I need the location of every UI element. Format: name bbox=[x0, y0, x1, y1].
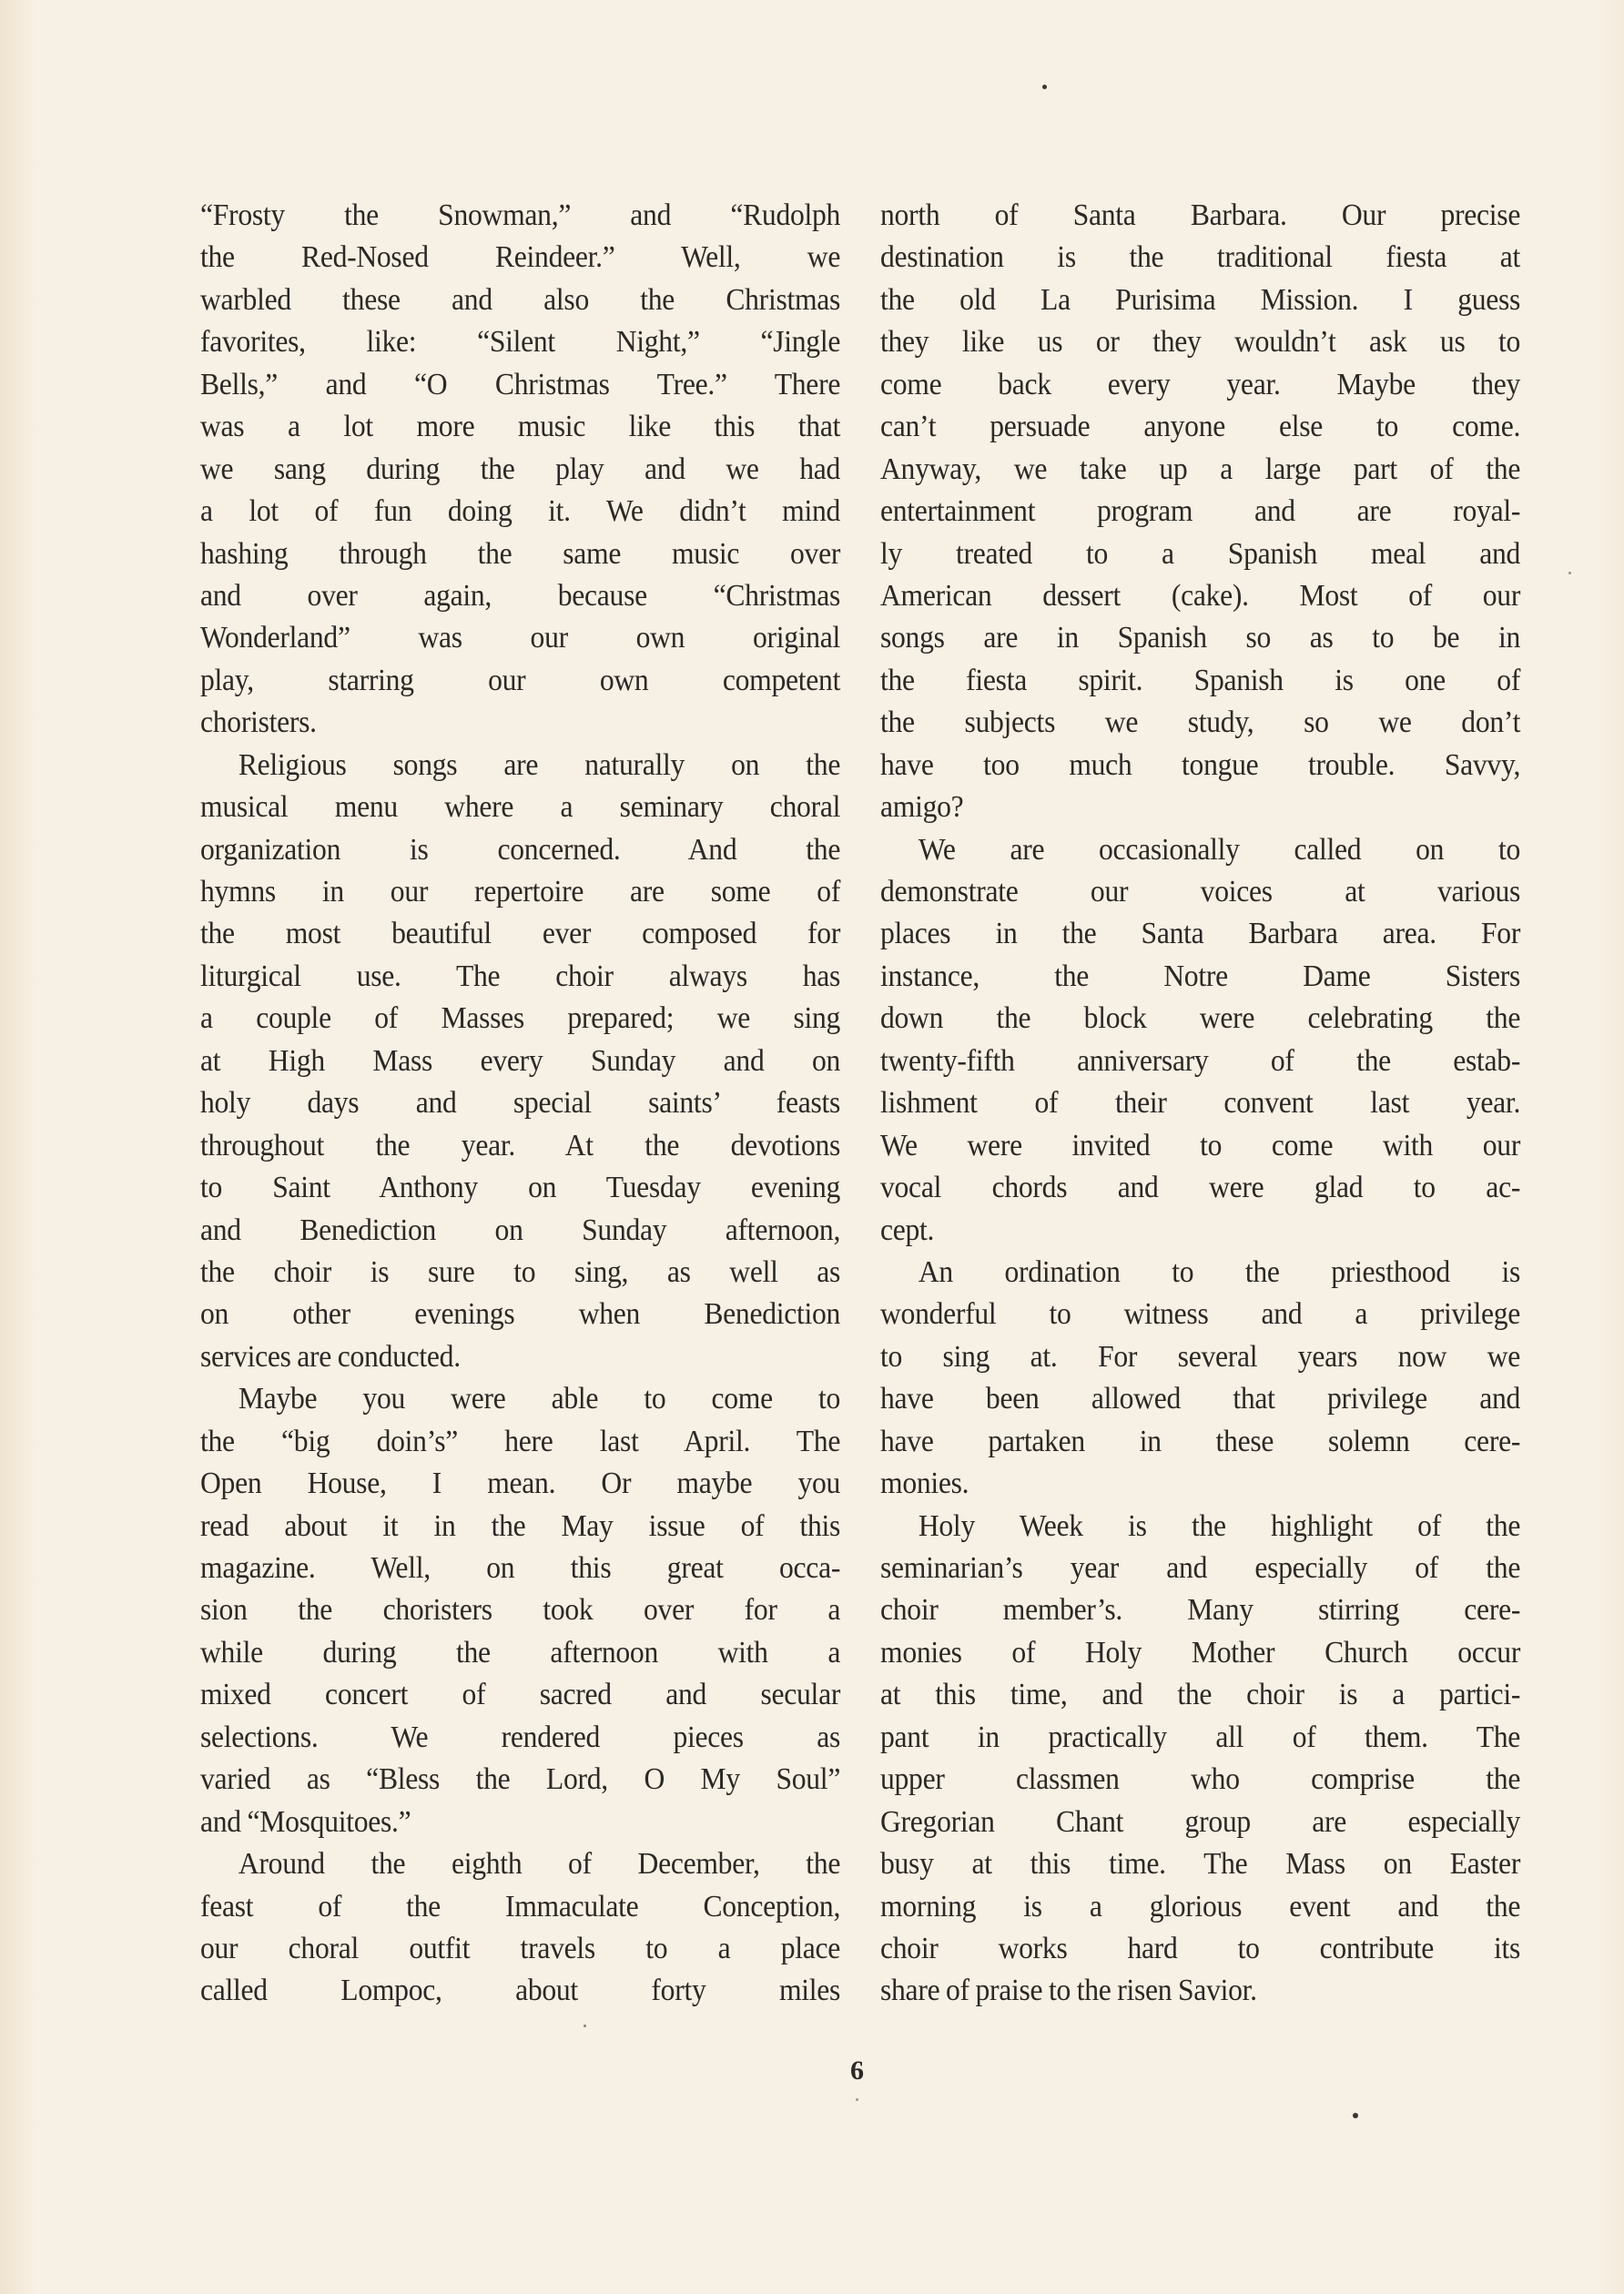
text-line: hymns in our repertoire are some of bbox=[200, 871, 840, 913]
text-line: pant in practically all of them. The bbox=[880, 1717, 1520, 1759]
text-line: places in the Santa Barbara area. For bbox=[880, 913, 1520, 955]
text-line: a couple of Masses prepared; we sing bbox=[200, 998, 840, 1040]
text-line: varied as “Bless the Lord, O My Soul” bbox=[200, 1759, 840, 1801]
text-line: choir works hard to contribute its bbox=[880, 1928, 1520, 1970]
text-line: was a lot more music like this that bbox=[200, 406, 840, 448]
text-line: throughout the year. At the devotions bbox=[200, 1125, 840, 1167]
text-line: our choral outfit travels to a place bbox=[200, 1928, 840, 1970]
text-line: and Benediction on Sunday afternoon, bbox=[200, 1210, 840, 1252]
text-line: twenty-fifth anniversary of the estab- bbox=[880, 1040, 1520, 1082]
paragraph-first-line: We are occasionally called on to bbox=[880, 829, 1520, 871]
paper-speck bbox=[1353, 2113, 1358, 2118]
text-line: Open House, I mean. Or maybe you bbox=[200, 1463, 840, 1505]
text-line: favorites, like: “Silent Night,” “Jingle bbox=[200, 321, 840, 363]
text-line: songs are in Spanish so as to be in bbox=[880, 617, 1520, 659]
text-line: instance, the Notre Dame Sisters bbox=[880, 956, 1520, 998]
text-line: destination is the traditional fiesta at bbox=[880, 237, 1520, 279]
left-column: “Frosty the Snowman,” and “Rudolphthe Re… bbox=[200, 195, 840, 2013]
text-line: have partaken in these solemn cere- bbox=[880, 1421, 1520, 1463]
text-line: a lot of fun doing it. We didn’t mind bbox=[200, 491, 840, 533]
text-line: busy at this time. The Mass on Easter bbox=[880, 1843, 1520, 1885]
text-line: called Lompoc, about forty miles bbox=[200, 1970, 840, 2012]
text-line: ly treated to a Spanish meal and bbox=[880, 533, 1520, 575]
text-line: choir member’s. Many stirring cere- bbox=[880, 1589, 1520, 1631]
text-line: the fiesta spirit. Spanish is one of bbox=[880, 660, 1520, 702]
text-line: organization is concerned. And the bbox=[200, 829, 840, 871]
paper-speck bbox=[584, 2025, 586, 2027]
text-line: at this time, and the choir is a partici… bbox=[880, 1674, 1520, 1716]
text-line: mixed concert of sacred and secular bbox=[200, 1674, 840, 1716]
text-line: to sing at. For several years now we bbox=[880, 1336, 1520, 1378]
text-line: the Red-Nosed Reindeer.” Well, we bbox=[200, 237, 840, 279]
text-line: to Saint Anthony on Tuesday evening bbox=[200, 1167, 840, 1209]
page-number: 6 bbox=[850, 2055, 864, 2086]
text-line: the “big doin’s” here last April. The bbox=[200, 1421, 840, 1463]
text-line: American dessert (cake). Most of our bbox=[880, 575, 1520, 617]
text-line: cept. bbox=[880, 1210, 1520, 1252]
text-line: magazine. Well, on this great occa- bbox=[200, 1548, 840, 1589]
text-line: “Frosty the Snowman,” and “Rudolph bbox=[200, 195, 840, 237]
text-line: morning is a glorious event and the bbox=[880, 1886, 1520, 1928]
paragraph-first-line: An ordination to the priesthood is bbox=[880, 1252, 1520, 1294]
text-line: north of Santa Barbara. Our precise bbox=[880, 195, 1520, 237]
text-line: read about it in the May issue of this bbox=[200, 1506, 840, 1548]
text-line: while during the afternoon with a bbox=[200, 1632, 840, 1674]
paper-speck bbox=[1568, 572, 1571, 574]
text-line: the old La Purisima Mission. I guess bbox=[880, 279, 1520, 321]
text-line: vocal chords and were glad to ac- bbox=[880, 1167, 1520, 1209]
text-line: Wonderland” was our own original bbox=[200, 617, 840, 659]
paragraph-first-line: Maybe you were able to come to bbox=[200, 1378, 840, 1420]
text-line: Anyway, we take up a large part of the bbox=[880, 449, 1520, 491]
text-line: lishment of their convent last year. bbox=[880, 1082, 1520, 1124]
text-line: musical menu where a seminary choral bbox=[200, 787, 840, 828]
text-line: sion the choristers took over for a bbox=[200, 1589, 840, 1631]
text-line: warbled these and also the Christmas bbox=[200, 279, 840, 321]
text-line: on other evenings when Benediction bbox=[200, 1294, 840, 1335]
text-line: have been allowed that privilege and bbox=[880, 1378, 1520, 1420]
text-line: and “Mosquitoes.” bbox=[200, 1802, 840, 1843]
text-line: feast of the Immaculate Conception, bbox=[200, 1886, 840, 1928]
text-line: can’t persuade anyone else to come. bbox=[880, 406, 1520, 448]
text-line: play, starring our own competent bbox=[200, 660, 840, 702]
text-line: amigo? bbox=[880, 787, 1520, 828]
text-line: demonstrate our voices at various bbox=[880, 871, 1520, 913]
text-line: choristers. bbox=[200, 702, 840, 744]
text-line: holy days and special saints’ feasts bbox=[200, 1082, 840, 1124]
paragraph-first-line: Religious songs are naturally on the bbox=[200, 745, 840, 787]
text-line: selections. We rendered pieces as bbox=[200, 1717, 840, 1759]
text-line: liturgical use. The choir always has bbox=[200, 956, 840, 998]
paper-speck bbox=[1042, 85, 1047, 89]
text-line: have too much tongue trouble. Savvy, bbox=[880, 745, 1520, 787]
text-line: the most beautiful ever composed for bbox=[200, 913, 840, 955]
text-line: the subjects we study, so we don’t bbox=[880, 702, 1520, 744]
text-line: services are conducted. bbox=[200, 1336, 840, 1378]
text-line: seminarian’s year and especially of the bbox=[880, 1548, 1520, 1589]
paper-speck bbox=[856, 2098, 858, 2101]
text-line: and over again, because “Christmas bbox=[200, 575, 840, 617]
text-line: monies of Holy Mother Church occur bbox=[880, 1632, 1520, 1674]
text-line: Gregorian Chant group are especially bbox=[880, 1802, 1520, 1843]
text-line: they like us or they wouldn’t ask us to bbox=[880, 321, 1520, 363]
text-line: share of praise to the risen Savior. bbox=[880, 1970, 1520, 2012]
text-line: we sang during the play and we had bbox=[200, 449, 840, 491]
text-line: We were invited to come with our bbox=[880, 1125, 1520, 1167]
text-line: at High Mass every Sunday and on bbox=[200, 1040, 840, 1082]
paragraph-first-line: Around the eighth of December, the bbox=[200, 1843, 840, 1885]
text-line: hashing through the same music over bbox=[200, 533, 840, 575]
text-line: wonderful to witness and a privilege bbox=[880, 1294, 1520, 1335]
text-line: monies. bbox=[880, 1463, 1520, 1505]
text-line: come back every year. Maybe they bbox=[880, 364, 1520, 406]
paragraph-first-line: Holy Week is the highlight of the bbox=[880, 1506, 1520, 1548]
text-line: Bells,” and “O Christmas Tree.” There bbox=[200, 364, 840, 406]
text-line: entertainment program and are royal- bbox=[880, 491, 1520, 533]
right-column: north of Santa Barbara. Our precisedesti… bbox=[880, 195, 1520, 2013]
text-line: the choir is sure to sing, as well as bbox=[200, 1252, 840, 1294]
text-line: down the block were celebrating the bbox=[880, 998, 1520, 1040]
text-line: upper classmen who comprise the bbox=[880, 1759, 1520, 1801]
